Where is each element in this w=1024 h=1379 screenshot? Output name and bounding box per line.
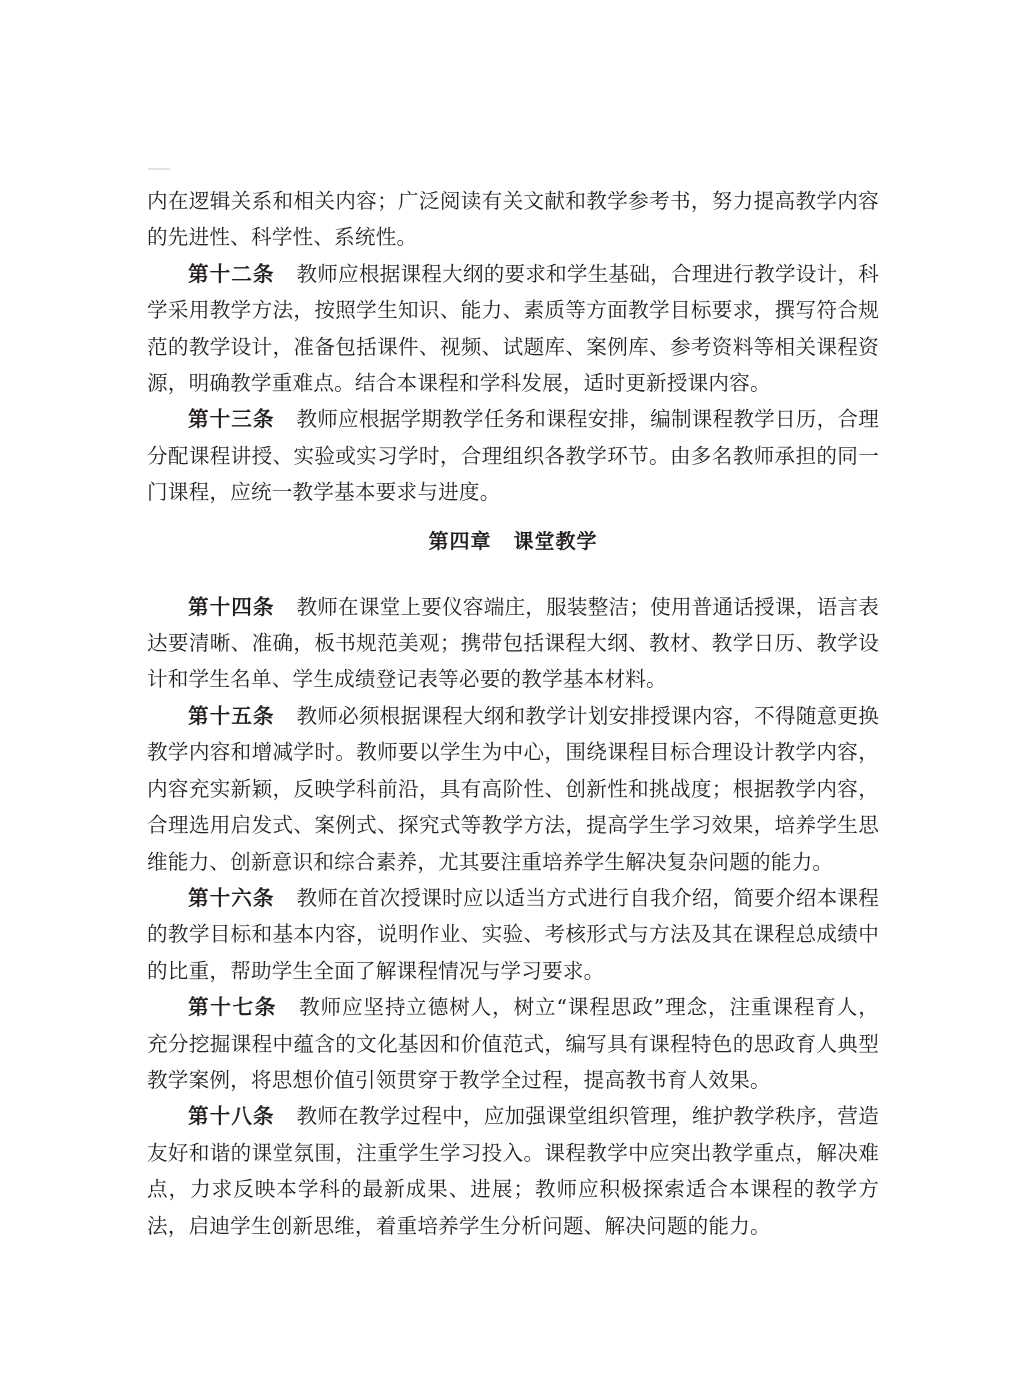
article-14: 第十四条教师在课堂上要仪容端庄，服装整洁；使用普通话授课，语言表达要清晰、准确，… — [147, 589, 879, 698]
chapter-number: 第四章 — [429, 529, 492, 553]
chapter-title: 课堂教学 — [514, 529, 598, 553]
article-label: 第十八条 — [188, 1104, 274, 1128]
article-15: 第十五条教师必须根据课程大纲和教学计划安排授课内容，不得随意更换教学内容和增减学… — [147, 698, 879, 880]
article-label: 第十二条 — [188, 262, 274, 286]
article-16: 第十六条教师在首次授课时应以适当方式进行自我介绍，简要介绍本课程的教学目标和基本… — [147, 880, 879, 989]
article-label: 第十六条 — [188, 886, 274, 910]
article-13: 第十三条教师应根据学期教学任务和课程安排，编制课程教学日历，合理分配课程讲授、实… — [147, 401, 879, 510]
article-label: 第十五条 — [188, 704, 274, 728]
chapter-heading: 第四章课堂教学 — [147, 523, 879, 559]
article-text: 教师必须根据课程大纲和教学计划安排授课内容，不得随意更换教学内容和增减学时。教师… — [147, 704, 879, 874]
article-label: 第十四条 — [188, 595, 274, 619]
article-17: 第十七条教师应坚持立德树人，树立“课程思政”理念，注重课程育人，充分挖掘课程中蕴… — [147, 989, 879, 1098]
article-12: 第十二条教师应根据课程大纲的要求和学生基础，合理进行教学设计，科学采用教学方法，… — [147, 256, 879, 402]
article-18: 第十八条教师在教学过程中，应加强课堂组织管理，维护教学秩序，营造友好和谐的课堂氛… — [147, 1098, 879, 1244]
scan-artifact — [148, 168, 170, 170]
document-page: 内在逻辑关系和相关内容；广泛阅读有关文献和教学参考书，努力提高教学内容的先进性、… — [147, 183, 879, 1244]
continuation-paragraph: 内在逻辑关系和相关内容；广泛阅读有关文献和教学参考书，努力提高教学内容的先进性、… — [147, 183, 879, 256]
article-label: 第十七条 — [188, 995, 277, 1019]
article-label: 第十三条 — [188, 407, 274, 431]
